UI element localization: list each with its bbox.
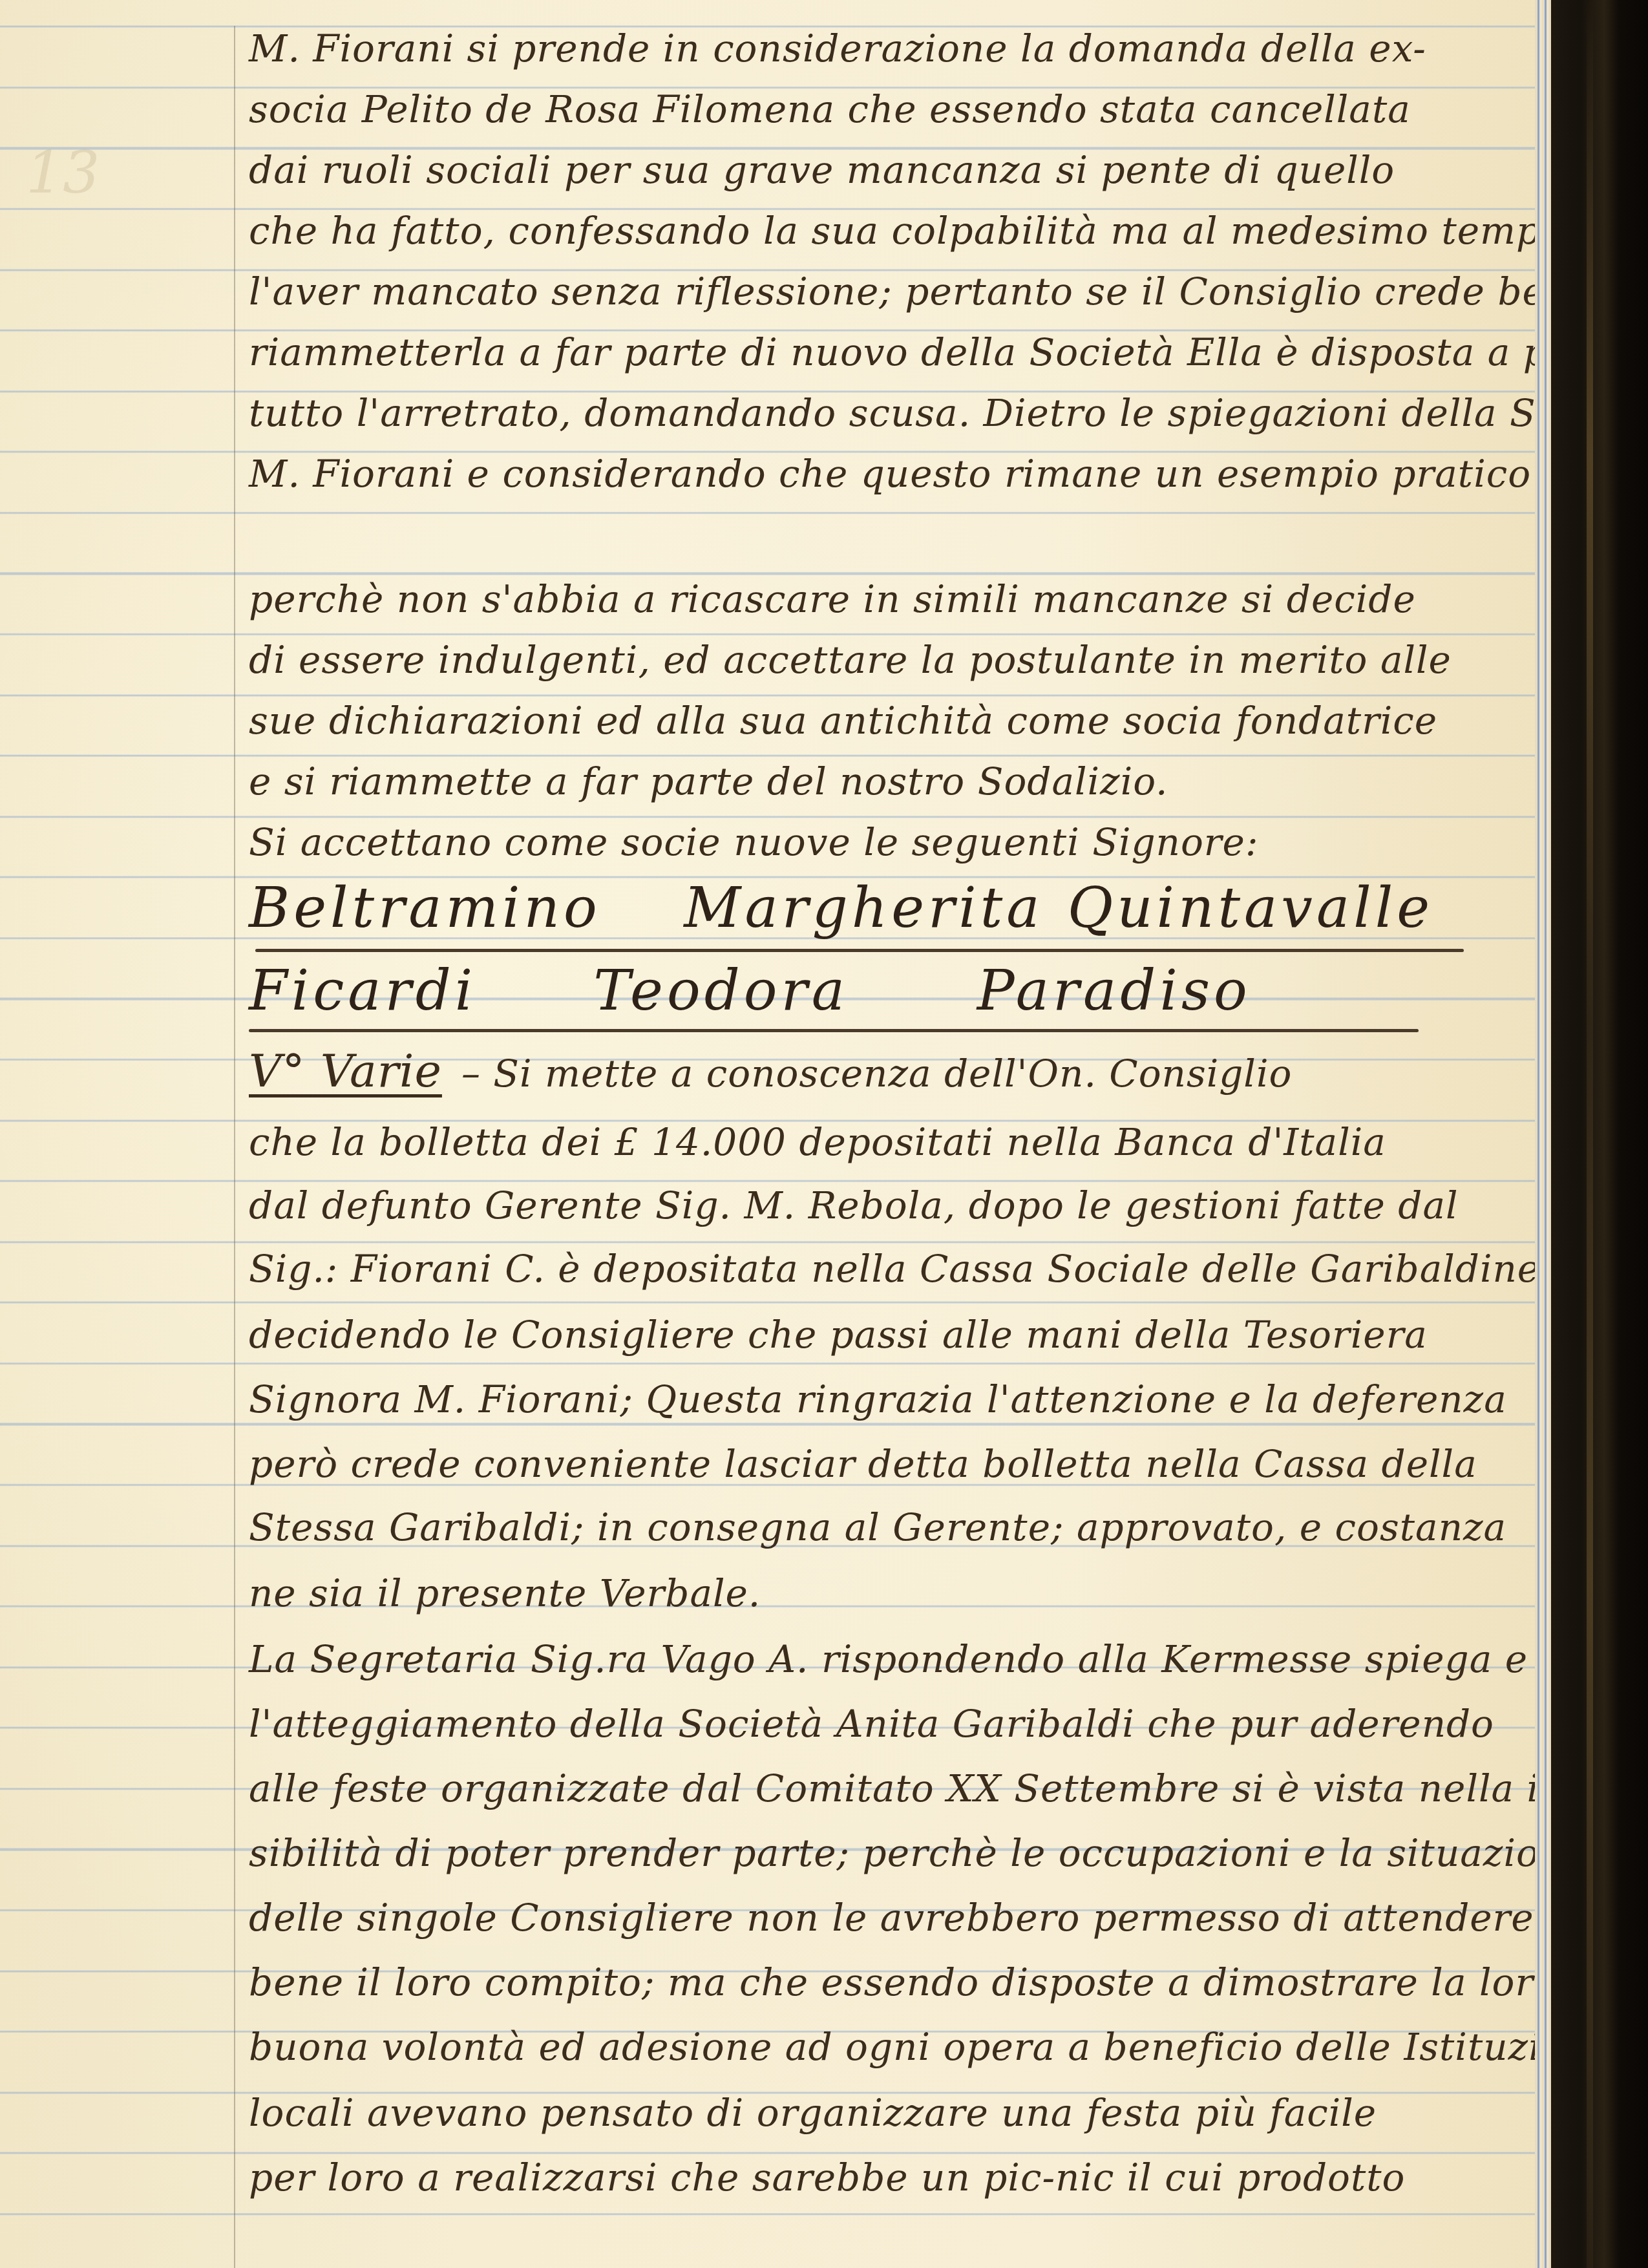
text-line: delle singole Consigliere non le avrebbe… bbox=[249, 1887, 1612, 1948]
member-surname-2: Quintavalle bbox=[1068, 876, 1433, 940]
member-first-name: Teodora bbox=[593, 955, 955, 1026]
margin-line bbox=[234, 26, 235, 2268]
text-line: alle feste organizzate dal Comitato XX S… bbox=[249, 1758, 1648, 1819]
text-line: buona volontà ed adesione ad ogni opera … bbox=[249, 2017, 1602, 2077]
text-line: l'aver mancato senza riflessione; pertan… bbox=[249, 261, 1593, 322]
name-divider bbox=[255, 949, 1464, 952]
new-members-intro: Si accettano come socie nuove le seguent… bbox=[249, 812, 1258, 873]
bleed-through-page-number: 13 bbox=[26, 139, 100, 207]
text-line: dai ruoli sociali per sua grave mancanza… bbox=[249, 140, 1395, 200]
member-surname: Ficardi bbox=[249, 955, 572, 1026]
text-line: Sig.: Fiorani C. è depositata nella Cass… bbox=[249, 1238, 1554, 1299]
text-line: che ha fatto, confessando la sua colpabi… bbox=[249, 200, 1564, 261]
text-line: ne sia il presente Verbale. bbox=[249, 1563, 761, 1624]
new-member-row: Ficardi Teodora Paradiso bbox=[249, 955, 1251, 1026]
book-binding bbox=[1551, 0, 1648, 2268]
text-line: che la bolletta dei £ 14.000 depositati … bbox=[249, 1112, 1386, 1172]
member-surname: Beltramino bbox=[249, 873, 662, 944]
text-line: l'atteggiamento della Società Anita Gari… bbox=[249, 1693, 1494, 1754]
text-line: bene il loro compito; ma che essendo dis… bbox=[249, 1952, 1557, 2013]
member-surname-2: Paradiso bbox=[977, 959, 1251, 1023]
name-divider bbox=[249, 1029, 1419, 1032]
text-line: V° Varie– Si mette a conoscenza dell'On.… bbox=[249, 1041, 1292, 1101]
text-line: sibilità di poter prender parte; perchè … bbox=[249, 1823, 1587, 1883]
text-line: tutto l'arretrato, domandando scusa. Die… bbox=[249, 383, 1627, 443]
text-line: M. Fiorani si prende in considerazione l… bbox=[249, 18, 1426, 79]
ledger-page: 13 M. Fiorani si prende in considerazion… bbox=[0, 0, 1541, 2268]
section-heading: V° Varie bbox=[249, 1044, 442, 1097]
text-line: però crede conveniente lasciar detta bol… bbox=[249, 1434, 1477, 1494]
text-line: socia Pelito de Rosa Filomena che essend… bbox=[249, 79, 1411, 140]
text-line: decidendo le Consigliere che passi alle … bbox=[249, 1304, 1428, 1365]
text-line: per loro a realizzarsi che sarebbe un pi… bbox=[249, 2147, 1406, 2208]
text-fragment: – Si mette a conoscenza dell'On. Consigl… bbox=[461, 1052, 1292, 1096]
text-line: dal defunto Gerente Sig. M. Rebola, dopo… bbox=[249, 1175, 1459, 1236]
text-line: M. Fiorani e considerando che questo rim… bbox=[249, 443, 1531, 504]
text-line: perchè non s'abbia a ricascare in simili… bbox=[249, 569, 1416, 630]
text-line: sue dichiarazioni ed alla sua antichità … bbox=[249, 690, 1437, 751]
member-first-name: Margherita bbox=[684, 873, 1046, 944]
text-line: locali avevano pensato di organizzare un… bbox=[249, 2083, 1377, 2143]
new-member-row: Beltramino Margherita Quintavalle bbox=[249, 873, 1433, 944]
text-line: Stessa Garibaldi; in consegna al Gerente… bbox=[249, 1497, 1506, 1558]
text-line: di essere indulgenti, ed accettare la po… bbox=[249, 630, 1452, 690]
text-line: riammetterla a far parte di nuovo della … bbox=[249, 322, 1648, 383]
text-line: e si riammette a far parte del nostro So… bbox=[249, 751, 1168, 812]
text-line: La Segretaria Sig.ra Vago A. rispondendo… bbox=[249, 1629, 1648, 1690]
text-line: Signora M. Fiorani; Questa ringrazia l'a… bbox=[249, 1369, 1507, 1430]
